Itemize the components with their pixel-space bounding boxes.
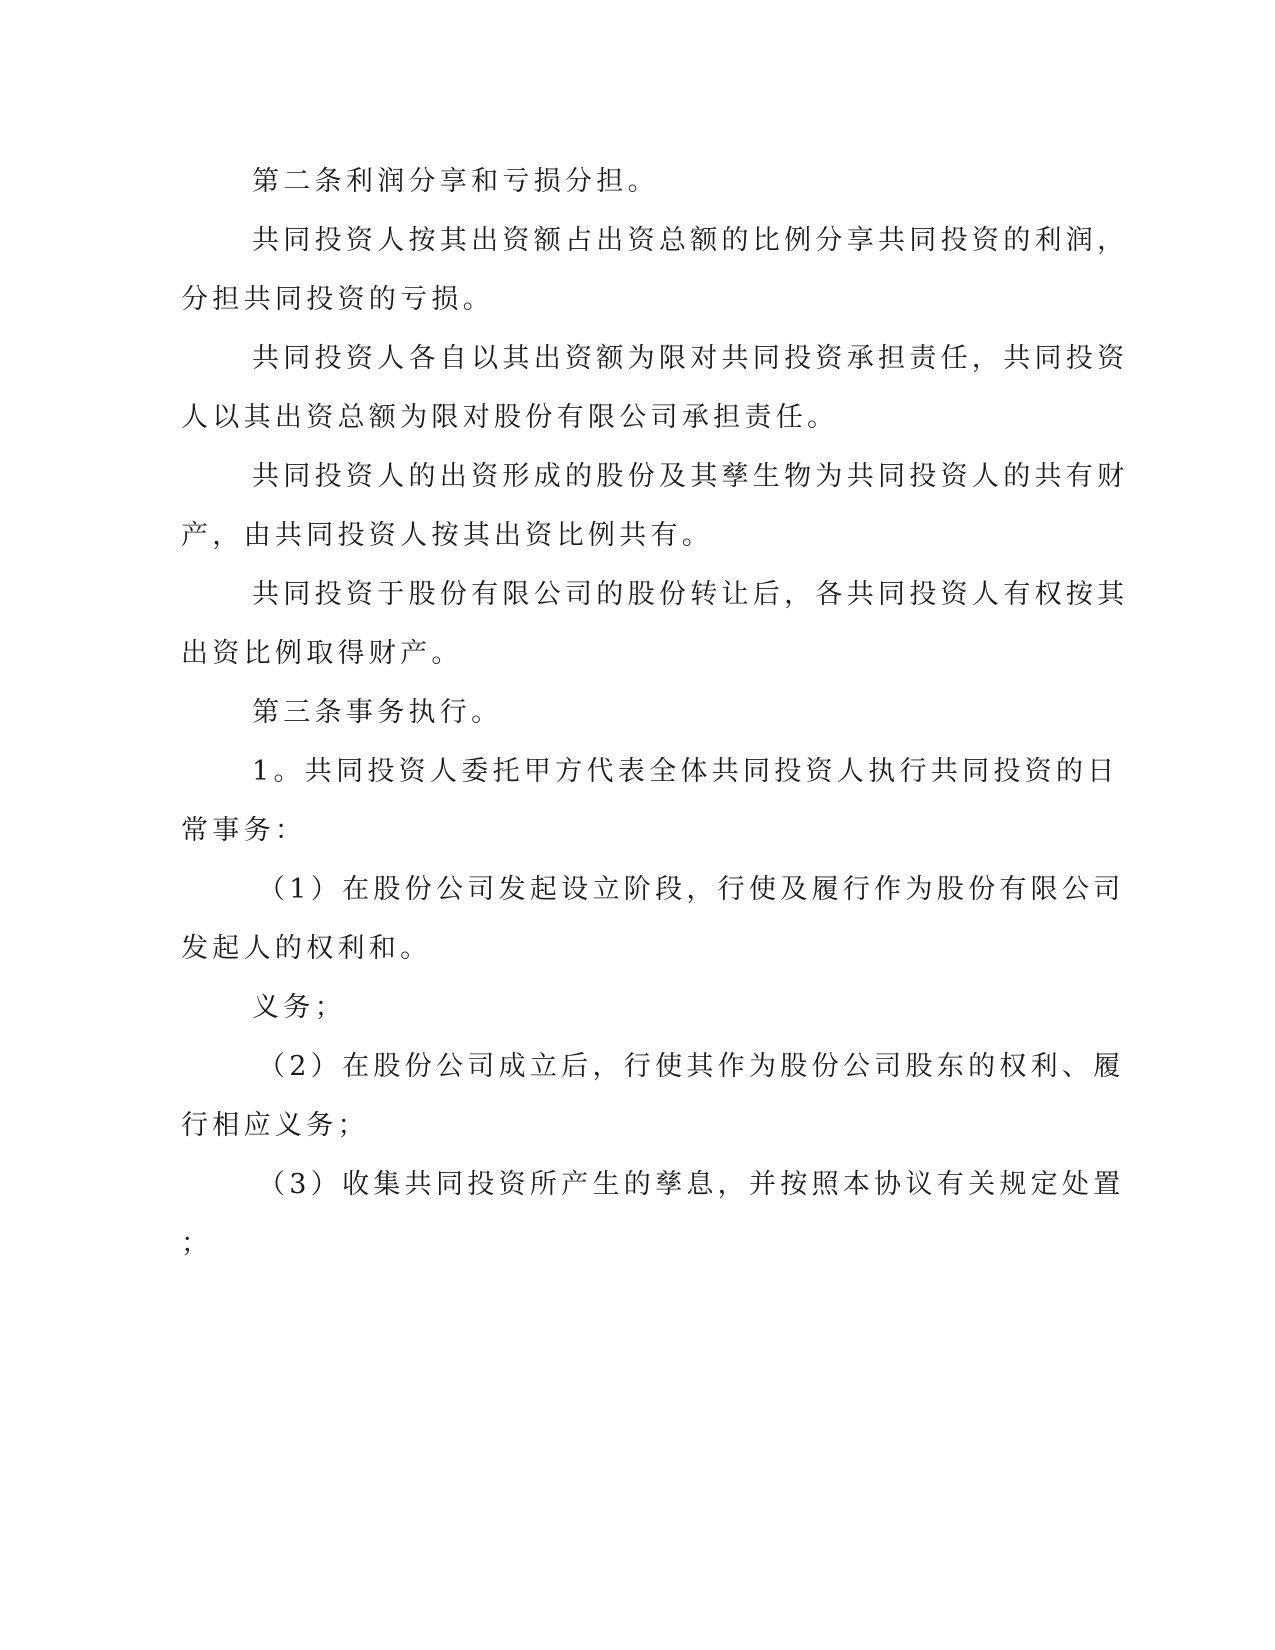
paragraph-line: 共同投资人各自以其出资额为限对共同投资承担责任，共同投资 xyxy=(252,342,1128,376)
paragraph-line: 常事务： xyxy=(181,814,306,848)
paragraph-line: ； xyxy=(181,1227,212,1261)
paragraph-line: 共同投资人的出资形成的股份及其孳生物为共同投资人的共有财 xyxy=(252,460,1128,494)
article-2-heading: 第二条利润分享和亏损分担。 xyxy=(252,165,659,199)
paragraph-line: 义务； xyxy=(252,991,346,1025)
paragraph-line: 产，由共同投资人按其出资比例共有。 xyxy=(181,519,713,553)
paragraph-line: 共同投资于股份有限公司的股份转让后，各共同投资人有权按其 xyxy=(252,578,1128,612)
paragraph-line: 共同投资人按其出资额占出资总额的比例分享共同投资的利润， xyxy=(252,224,1128,258)
list-item-3: （3）收集共同投资所产生的孳息，并按照本协议有关规定处置 xyxy=(258,1168,1125,1202)
list-item-2: （2）在股份公司成立后，行使其作为股份公司股东的权利、履 xyxy=(258,1050,1125,1084)
paragraph-line: 分担共同投资的亏损。 xyxy=(181,283,494,317)
list-item-1: （1）在股份公司发起设立阶段，行使及履行作为股份有限公司 xyxy=(258,873,1125,907)
paragraph-line: 人以其出资总额为限对股份有限公司承担责任。 xyxy=(181,401,838,435)
paragraph-line: 行相应义务； xyxy=(181,1109,369,1143)
paragraph-line: 1。共同投资人委托甲方代表全体共同投资人执行共同投资的日 xyxy=(252,755,1119,789)
article-3-heading: 第三条事务执行。 xyxy=(252,696,502,730)
paragraph-line: 发起人的权利和。 xyxy=(181,932,431,966)
paragraph-line: 出资比例取得财产。 xyxy=(181,637,463,671)
document-page: 第二条利润分享和亏损分担。 共同投资人按其出资额占出资总额的比例分享共同投资的利… xyxy=(0,0,1275,1650)
